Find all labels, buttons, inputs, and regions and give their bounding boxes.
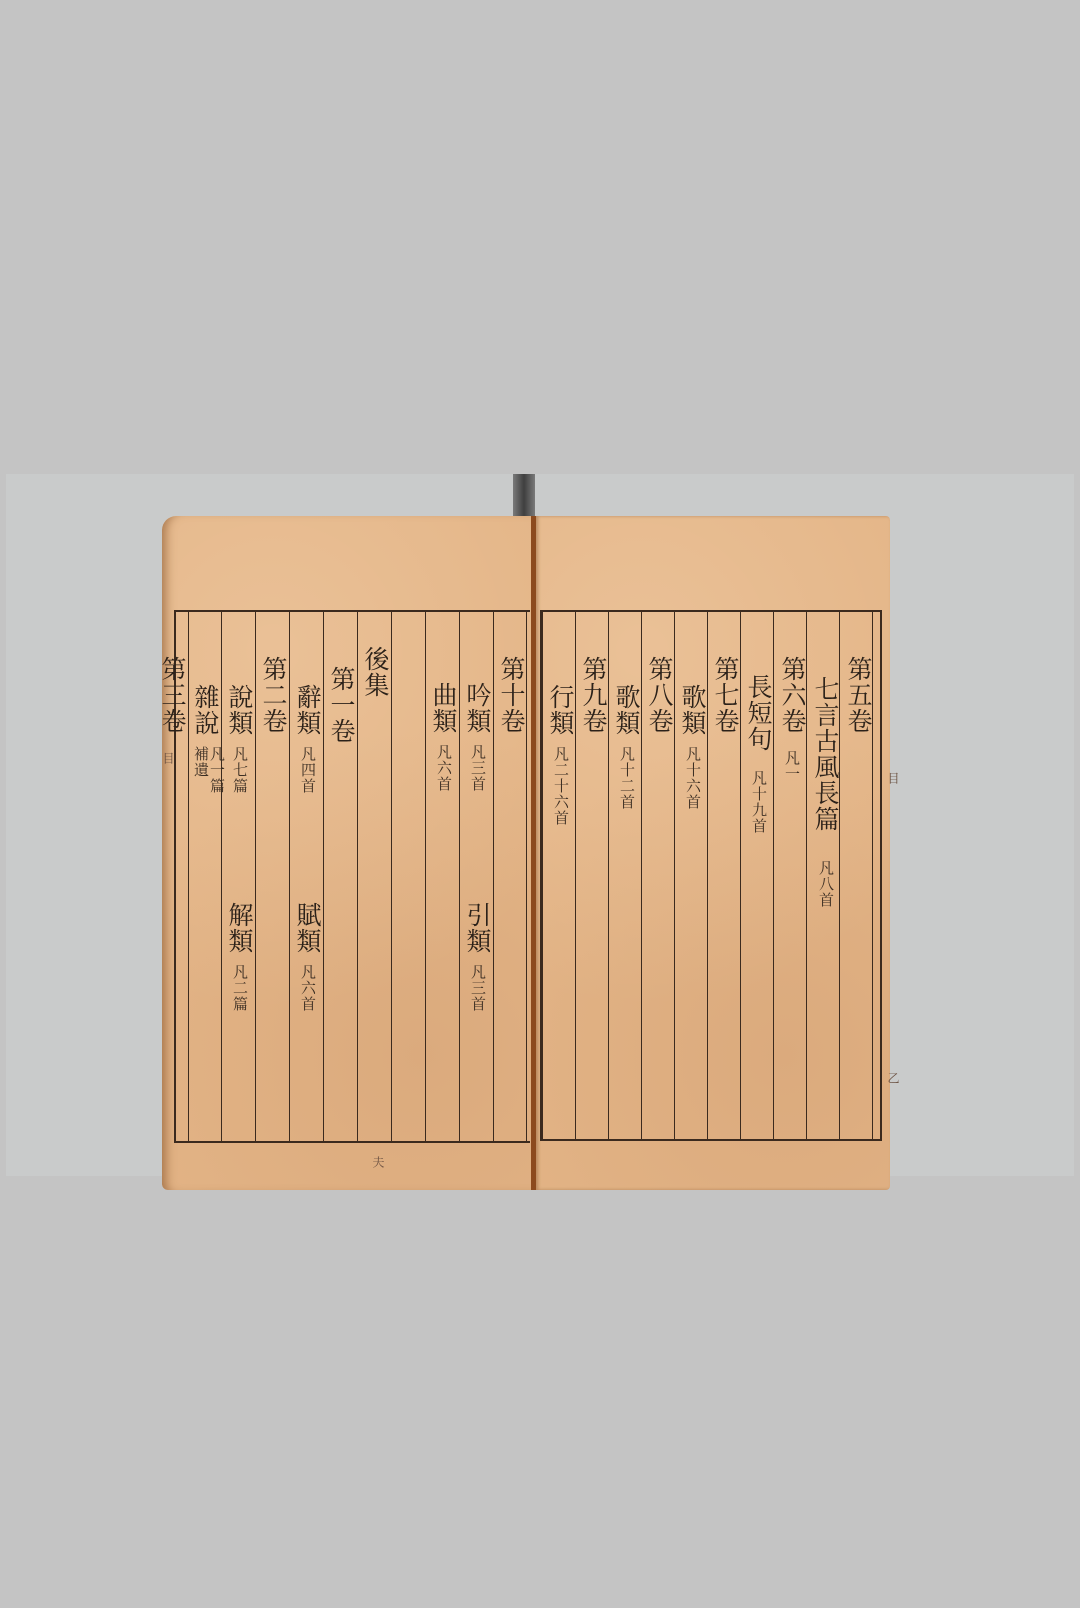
section-title: 曲類 <box>428 682 458 734</box>
section-title: 雜說 <box>190 684 220 736</box>
section-title: 引類 <box>462 902 492 954</box>
volume-heading: 第六卷 <box>777 656 807 734</box>
count-note: 凡十九首 <box>750 770 767 834</box>
count-note: 凡四首 <box>299 746 316 794</box>
section-title: 賦類 <box>292 902 322 954</box>
collection-heading: 後集 <box>360 646 390 698</box>
count-note: 凡六首 <box>299 964 316 1012</box>
book-spine <box>513 474 535 516</box>
count-note: 凡六首 <box>435 744 452 792</box>
supplement-note: 補遺 <box>192 746 209 778</box>
count-note: 凡八首 <box>817 860 834 908</box>
left-page-frame: 第十卷 吟類 凡三首 引類 凡三首 曲類 凡六首 後集 第一卷 辭類 凡四首 賦… <box>174 610 530 1143</box>
right-page-frame: 第五卷 七言古風長篇 凡八首 第六卷 凡一 長短句 凡十九首 第七卷 歌類 凡十… <box>540 610 882 1141</box>
count-note: 凡二篇 <box>231 964 248 1012</box>
count-note: 凡三首 <box>469 964 486 1012</box>
count-note: 凡十六首 <box>684 746 701 810</box>
count-note: 凡三首 <box>469 744 486 792</box>
volume-heading: 第七卷 <box>710 656 740 734</box>
margin-mark: 乙 <box>885 1072 902 1085</box>
section-title: 吟類 <box>462 682 492 734</box>
count-note: 凡十二首 <box>618 746 635 810</box>
section-title: 長短句 <box>743 674 773 752</box>
volume-heading: 第十卷 <box>496 656 526 734</box>
volume-heading: 第二卷 <box>258 656 288 734</box>
section-title: 歌類 <box>677 684 707 736</box>
count-note: 凡二十六首 <box>552 746 569 826</box>
section-title: 行類 <box>545 684 575 736</box>
margin-mark: 目 <box>160 752 177 765</box>
margin-mark: 目 <box>885 772 902 785</box>
count-note: 凡一 <box>783 750 800 782</box>
count-note: 凡一篇 <box>208 746 225 794</box>
volume-heading: 第八卷 <box>644 656 674 734</box>
bottom-mark: 夫 <box>370 1156 387 1169</box>
count-note: 凡七篇 <box>231 746 248 794</box>
section-title: 辭類 <box>292 684 322 736</box>
volume-heading: 第五卷 <box>843 656 873 734</box>
section-title: 七言古風長篇 <box>810 676 840 832</box>
section-title: 解類 <box>224 902 254 954</box>
gutter <box>531 516 536 1190</box>
section-title: 說類 <box>224 684 254 736</box>
volume-heading: 第九卷 <box>578 656 608 734</box>
volume-heading: 第三卷 <box>157 656 187 734</box>
section-title: 歌類 <box>611 684 641 736</box>
volume-heading: 第一卷 <box>326 666 356 744</box>
